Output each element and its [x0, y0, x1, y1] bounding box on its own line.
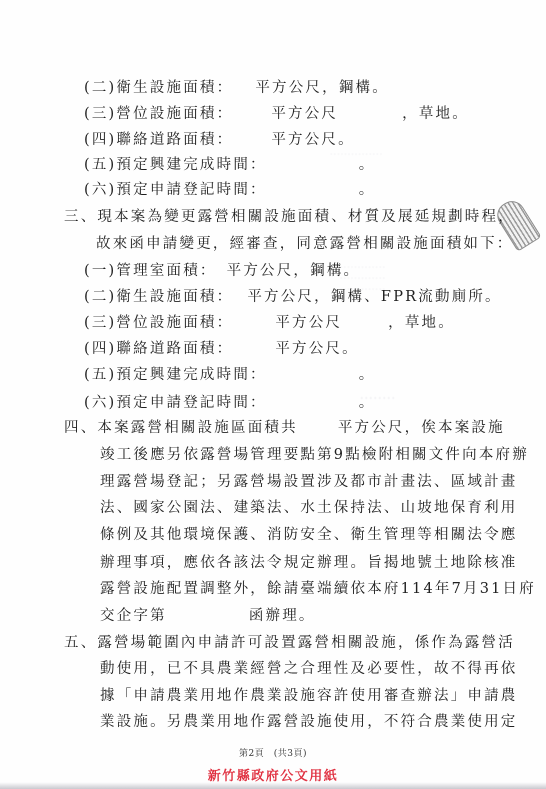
item-label: (三)營位設施面積：: [84, 106, 233, 122]
section-five-line-3: 據「申請農業用地作農業設施容許使用審查辦法」申請農: [100, 687, 518, 705]
item-road: (四)聯絡道路面積：平方公尺。: [84, 340, 359, 358]
section-five-line-1: 五、露營場範圍內申請許可設置露營相關設施，係作為露營活: [64, 634, 515, 652]
section-four-line-2: 竣工後應另依露營場管理要點第9點檢附相關文件向本府辦: [100, 446, 529, 464]
text-segment: 函辦理。: [249, 608, 316, 624]
item-label: (二)衛生設施面積：: [84, 289, 233, 305]
text-segment: 交企字第: [100, 608, 167, 624]
item-campsite: (三)營位設施面積：平方公尺，草地。: [84, 314, 455, 332]
item-label: (五)預定興建完成時間：: [84, 367, 267, 383]
item-value: 平方公尺，鋼構。: [255, 80, 389, 96]
text-segment: 平方公尺，俟本案設施: [338, 420, 505, 436]
item-sanitary: (二)衛生設施面積：平方公尺，鋼構、FPR流動廁所。: [84, 288, 502, 306]
prev-item-registration-time: (六)預定申請登記時間：。: [84, 181, 375, 199]
item-value: 平方公尺: [275, 315, 342, 331]
document-page: ‧‧‧‧‧‧‧‧‧‧‧‧‧‧‧ ‧‧‧‧‧‧‧‧‧‧‧‧‧ ‧‧‧‧‧‧‧‧‧‧…: [0, 0, 546, 789]
text-segment: 四、本案露營相關設施區面積共: [64, 420, 298, 436]
section-four-line-5: 條例及其他環境保護、消防安全、衛生管理等相關法令應: [100, 526, 518, 544]
section-four-line-1: 四、本案露營相關設施區面積共平方公尺，俟本案設施: [64, 419, 505, 437]
section-four-line-6: 辦理事項，應依各該法令規定辦理。旨揭地號土地除核准: [100, 554, 518, 572]
prev-item-road: (四)聯絡道路面積：平方公尺。: [84, 131, 355, 149]
item-registration-time: (六)預定申請登記時間：。: [84, 394, 375, 412]
section-three-heading: 三、現本案為變更露營相關設施面積、材質及展延規劃時程，: [64, 208, 515, 226]
section-five-line-2: 動使用，已不具農業經營之合理性及必要性，故不得再依: [100, 660, 518, 678]
item-tail: 。: [359, 395, 376, 411]
prev-item-campsite: (三)營位設施面積：平方公尺，草地。: [84, 105, 469, 123]
item-value: 平方公尺。: [275, 341, 359, 357]
item-value: 平方公尺: [271, 106, 338, 122]
item-value: 平方公尺，鋼構。: [227, 263, 361, 279]
item-tail: ，草地。: [388, 315, 455, 331]
item-value: 平方公尺，鋼構、FPR流動廁所。: [247, 289, 501, 305]
item-label: (三)營位設施面積：: [84, 315, 233, 331]
item-label: (五)預定興建完成時間：: [84, 157, 267, 173]
item-label: (一)管理室面積：: [84, 263, 217, 279]
item-tail: 。: [359, 182, 376, 198]
page-indicator: 第2頁 (共3頁): [0, 746, 546, 759]
item-label: (二)衛生設施面積：: [84, 80, 233, 96]
section-four-line-3: 理露營場登記；另露營場設置涉及都市計畫法、區域計畫: [100, 473, 518, 491]
item-label: (四)聯絡道路面積：: [84, 132, 233, 148]
section-four-line-4: 法、國家公園法、建築法、水土保持法、山坡地保育利用: [100, 499, 518, 517]
prev-item-sanitary: (二)衛生設施面積：平方公尺，鋼構。: [84, 79, 389, 97]
item-label: (六)預定申請登記時間：: [84, 395, 267, 411]
item-management-room: (一)管理室面積：平方公尺，鋼構。: [84, 262, 360, 280]
prev-item-completion-time: (五)預定興建完成時間：。: [84, 156, 375, 174]
item-completion-time: (五)預定興建完成時間：。: [84, 366, 375, 384]
section-three-continuation: 故來函申請變更，經審查，同意露營相關設施面積如下：: [96, 235, 514, 253]
item-tail: 。: [359, 367, 376, 383]
item-label: (六)預定申請登記時間：: [84, 182, 267, 198]
page-edge-shadow: [0, 782, 546, 789]
section-four-line-7: 露營設施配置調整外，餘請臺端續依本府114年7月31日府: [100, 580, 536, 598]
section-five-line-4: 業設施。另農業用地作露營設施使用，不符合農業使用定: [100, 713, 518, 731]
item-label: (四)聯絡道路面積：: [84, 341, 233, 357]
item-tail: ，草地。: [402, 106, 469, 122]
item-tail: 。: [359, 157, 376, 173]
section-four-line-8: 交企字第函辦理。: [100, 607, 316, 625]
item-value: 平方公尺。: [271, 132, 355, 148]
